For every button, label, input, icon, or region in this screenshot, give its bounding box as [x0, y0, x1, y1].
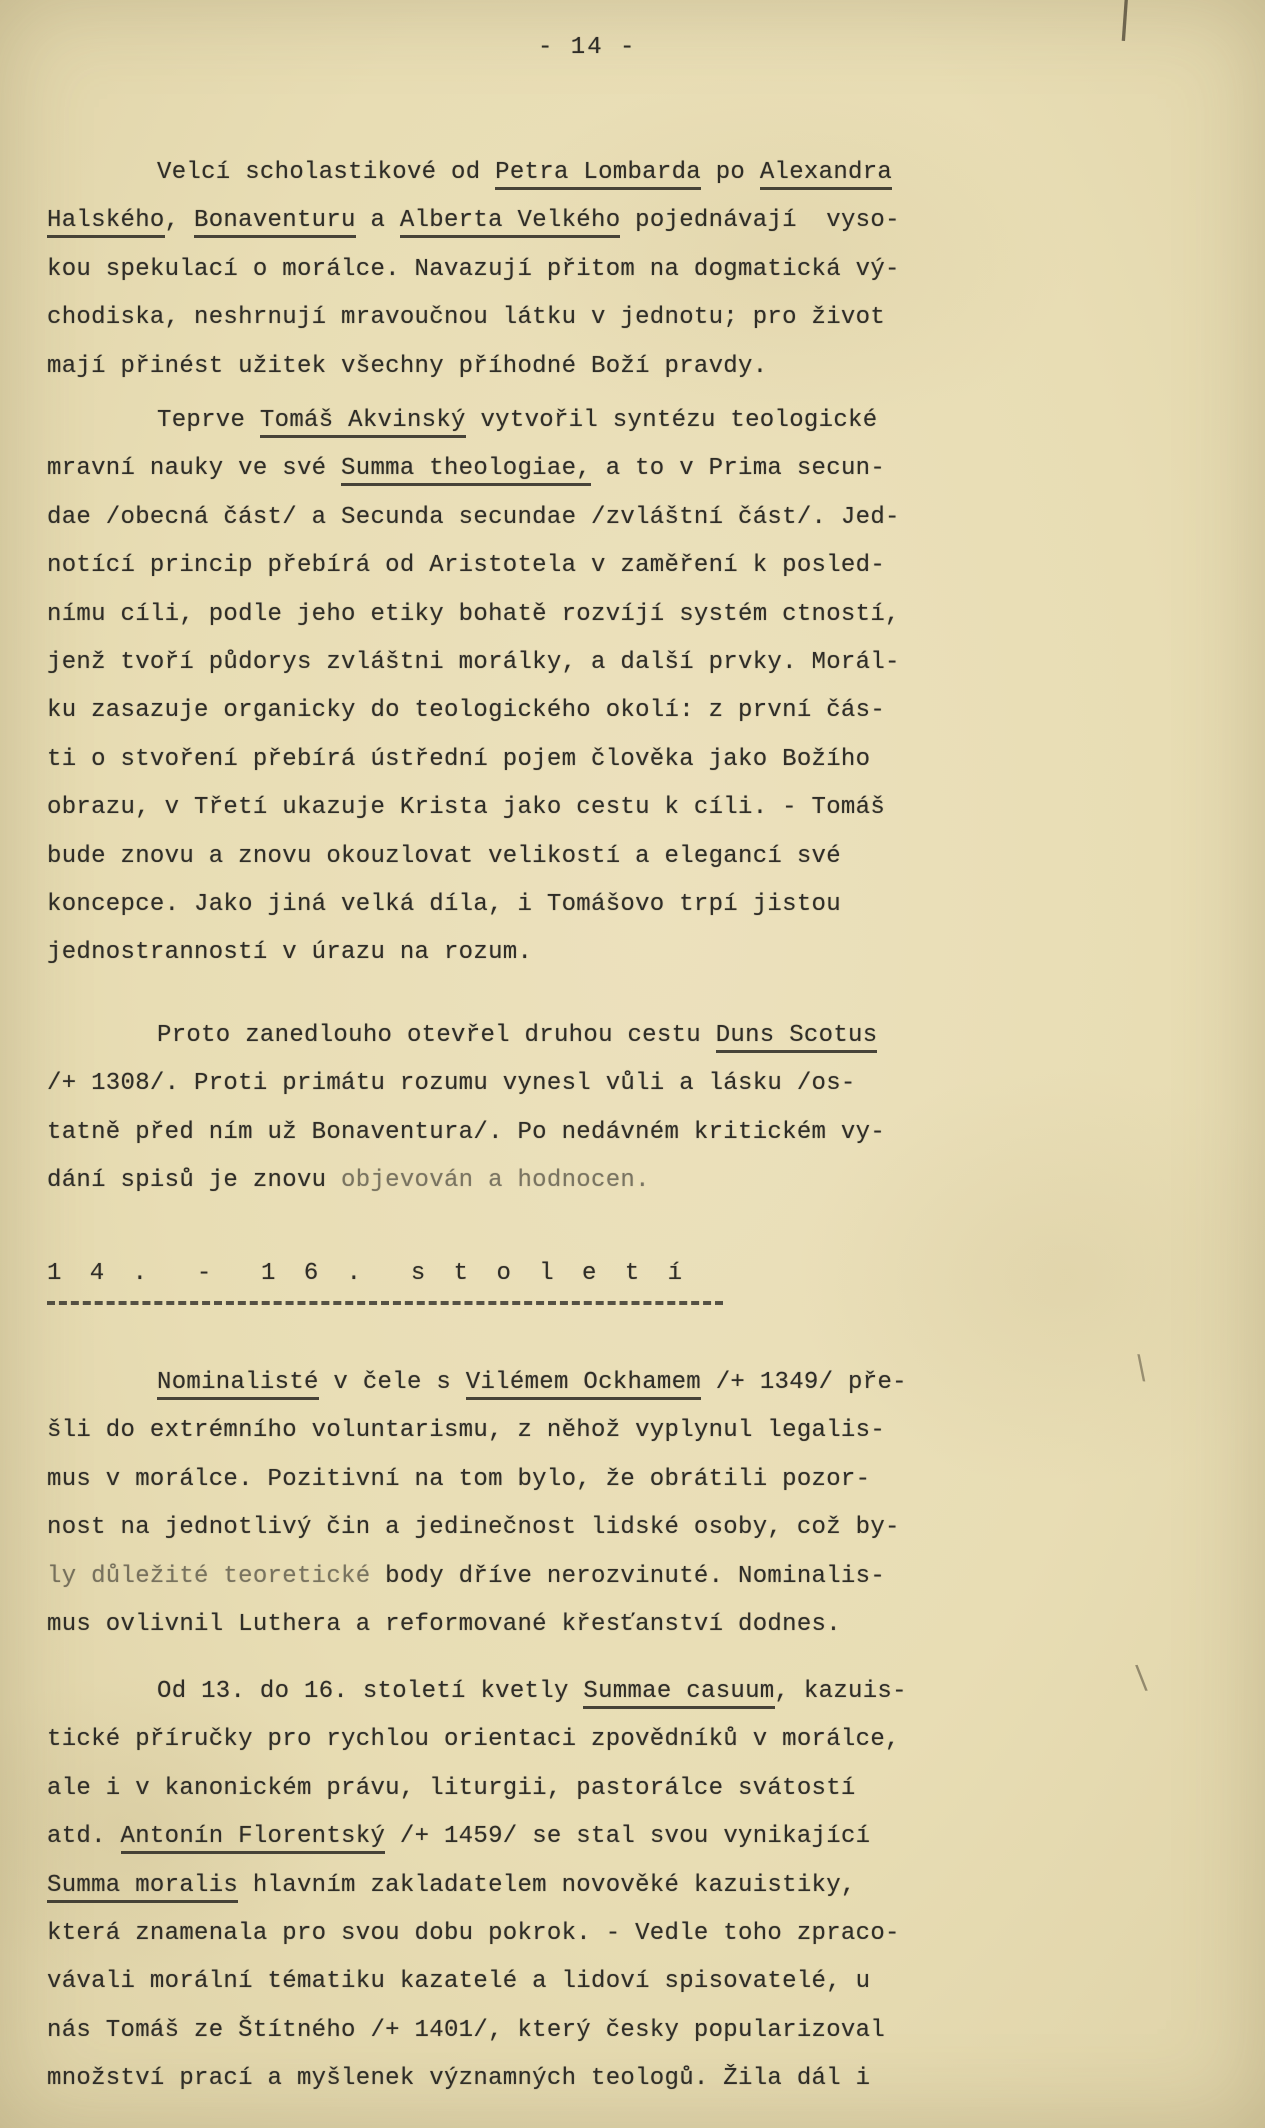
underlined-text: Duns Scotus [716, 1022, 878, 1053]
underlined-text: Petra Lombarda [495, 159, 701, 190]
underlined-text: Tomáš Akvinský [260, 407, 466, 438]
text-run: tatně před ním už Bonaventura/. Po nedáv… [47, 1119, 885, 1146]
text-line: ku zasazuje organicky do teologického ok… [47, 687, 937, 735]
text-run: dae /obecná část/ a Secunda secundae /zv… [47, 504, 900, 531]
text-run: mravní nauky ve své [47, 455, 341, 482]
text-run: ale i v kanonickém právu, liturgii, past… [47, 1775, 856, 1802]
text-line: ti o stvoření přebírá ústřední pojem člo… [47, 736, 937, 784]
text-run: chodiska, neshrnují mravoučnou látku v j… [47, 304, 885, 331]
text-run: body dříve nerozvinuté. Nominalis- [385, 1563, 885, 1590]
text-line: mus ovlivnil Luthera a reformované křesť… [47, 1601, 937, 1649]
text-run: hlavním zakladatelem novověké kazuistiky… [238, 1872, 856, 1899]
paragraph: Nominalisté v čele s Vilémem Ockhamem /+… [47, 1359, 937, 1649]
paragraph: Od 13. do 16. století kvetly Summae casu… [47, 1668, 937, 2104]
text-line: Halského, Bonaventuru a Alberta Velkého … [47, 197, 937, 245]
text-line: Nominalisté v čele s Vilémem Ockhamem /+… [47, 1359, 937, 1407]
text-run: dání spisů je znovu [47, 1167, 341, 1194]
text-run: nás Tomáš ze Štítného /+ 1401/, který če… [47, 2017, 885, 2044]
text-line: Proto zanedlouho otevřel druhou cestu Du… [47, 1012, 937, 1060]
text-line: jednostranností v úrazu na rozum. [47, 929, 937, 977]
text-run: šli do extrémního voluntarismu, z něhož … [47, 1417, 885, 1444]
text-line: která znamenala pro svou dobu pokrok. - … [47, 1910, 937, 1958]
text-run: atd. [47, 1823, 121, 1850]
underlined-text: Bonaventuru [194, 207, 356, 238]
text-line: nímu cíli, podle jeho etiky bohatě rozví… [47, 591, 937, 639]
text-line: bude znovu a znovu okouzlovat velikostí … [47, 833, 937, 881]
text-line: obrazu, v Třetí ukazuje Krista jako cest… [47, 784, 937, 832]
margin-mark: \ [1135, 1658, 1149, 1697]
text-line: tické příručky pro rychlou orientaci zpo… [47, 1716, 937, 1764]
text-line: notící princip přebírá od Aristotela v z… [47, 542, 937, 590]
underlined-text: Alexandra [760, 159, 892, 190]
text-run: Od 13. do 16. století kvetly [157, 1678, 583, 1705]
text-line: mravní nauky ve své Summa theologiae, a … [47, 445, 937, 493]
text-run: která znamenala pro svou dobu pokrok. - … [47, 1920, 900, 1947]
text-run: množství prací a myšlenek významných teo… [47, 2065, 870, 2092]
underlined-text: Vilémem Ockhamem [466, 1369, 701, 1400]
text-line: jenž tvoří půdorys zvláštni morálky, a d… [47, 639, 937, 687]
text-line: chodiska, neshrnují mravoučnou látku v j… [47, 294, 937, 342]
underlined-text: Summae casuum [583, 1678, 774, 1709]
margin-mark: | [1116, 0, 1134, 41]
text-run: v čele s [319, 1369, 466, 1396]
text-line: /+ 1308/. Proti primátu rozumu vynesl vů… [47, 1060, 937, 1108]
text-line: nost na jednotlivý čin a jedinečnost lid… [47, 1504, 937, 1552]
text-line: nás Tomáš ze Štítného /+ 1401/, který če… [47, 2007, 937, 2055]
text-run: ti o stvoření přebírá ústřední pojem člo… [47, 746, 870, 773]
text-run: nímu cíli, podle jeho etiky bohatě rozví… [47, 601, 900, 628]
text-line: Velcí scholastikové od Petra Lombarda po… [47, 149, 937, 197]
text-run: /+ 1349/ pře- [701, 1369, 907, 1396]
underlined-text: Nominalisté [157, 1369, 319, 1400]
text-line: množství prací a myšlenek významných teo… [47, 2055, 937, 2103]
text-run: objevován a hodnocen. [341, 1167, 650, 1194]
document-page: - 14 - Velcí scholastikové od Petra Lomb… [0, 0, 1265, 2128]
text-run: ly důležité teoretické [47, 1563, 385, 1590]
text-run: a [356, 207, 400, 234]
text-run: vytvořil syntézu teologické [466, 407, 878, 434]
text-line: ale i v kanonickém právu, liturgii, past… [47, 1765, 937, 1813]
text-run: jenž tvoří půdorys zvláštni morálky, a d… [47, 649, 900, 676]
section-heading-text: 1 4 . - 1 6 . s t o l e t í [47, 1251, 937, 1297]
text-line: dae /obecná část/ a Secunda secundae /zv… [47, 494, 937, 542]
underlined-text: Halského [47, 207, 165, 238]
text-run: /+ 1308/. Proti primátu rozumu vynesl vů… [47, 1070, 856, 1097]
underlined-text: Antonín Florentský [121, 1823, 386, 1854]
text-run: Teprve [157, 407, 260, 434]
text-run: kou spekulací o morálce. Navazují přitom… [47, 256, 900, 283]
heading-underline [47, 1301, 723, 1305]
text-run: Velcí scholastikové od [157, 159, 495, 186]
text-run: a to v Prima secun- [591, 455, 885, 482]
text-run: , [165, 207, 194, 234]
text-line: mají přinést užitek všechny příhodné Bož… [47, 343, 937, 391]
text-line: tatně před ním už Bonaventura/. Po nedáv… [47, 1109, 937, 1157]
text-line: mus v morálce. Pozitivní na tom bylo, že… [47, 1456, 937, 1504]
text-line: vávali morální tématiku kazatelé a lidov… [47, 1958, 937, 2006]
text-line: Od 13. do 16. století kvetly Summae casu… [47, 1668, 937, 1716]
text-run: obrazu, v Třetí ukazuje Krista jako cest… [47, 794, 885, 821]
paragraph: Teprve Tomáš Akvinský vytvořil syntézu t… [47, 397, 937, 978]
text-run: jednostranností v úrazu na rozum. [47, 939, 532, 966]
text-run: pojednávají vyso- [620, 207, 899, 234]
text-line: kou spekulací o morálce. Navazují přitom… [47, 246, 937, 294]
section-heading: 1 4 . - 1 6 . s t o l e t í [47, 1251, 937, 1305]
margin-mark: \ [1134, 1348, 1149, 1387]
text-run: nost na jednotlivý čin a jedinečnost lid… [47, 1514, 900, 1541]
underlined-text: Alberta Velkého [400, 207, 621, 238]
paragraph: Velcí scholastikové od Petra Lombarda po… [47, 149, 937, 391]
text-run: ku zasazuje organicky do teologického ok… [47, 697, 885, 724]
text-run: Proto zanedlouho otevřel druhou cestu [157, 1022, 716, 1049]
text-line: ly důležité teoretické body dříve nerozv… [47, 1553, 937, 1601]
text-line: Summa moralis hlavním zakladatelem novov… [47, 1862, 937, 1910]
text-run: , kazuis- [775, 1678, 907, 1705]
underlined-text: Summa theologiae, [341, 455, 591, 486]
text-line: dání spisů je znovu objevován a hodnocen… [47, 1157, 937, 1205]
text-line: atd. Antonín Florentský /+ 1459/ se stal… [47, 1813, 937, 1861]
text-line: šli do extrémního voluntarismu, z něhož … [47, 1407, 937, 1455]
text-run: bude znovu a znovu okouzlovat velikostí … [47, 843, 841, 870]
paragraph: Proto zanedlouho otevřel druhou cestu Du… [47, 1012, 937, 1206]
underlined-text: Summa moralis [47, 1872, 238, 1903]
text-run: mají přinést užitek všechny příhodné Bož… [47, 353, 767, 380]
text-run: mus v morálce. Pozitivní na tom bylo, že… [47, 1466, 870, 1493]
text-run: /+ 1459/ se stal svou vynikající [385, 1823, 870, 1850]
text-run: notící princip přebírá od Aristotela v z… [47, 552, 885, 579]
text-run: vávali morální tématiku kazatelé a lidov… [47, 1968, 870, 1995]
text-run: koncepce. Jako jiná velká díla, i Tomášo… [47, 891, 841, 918]
page-number: - 14 - [538, 34, 636, 61]
text-run: mus ovlivnil Luthera a reformované křesť… [47, 1611, 841, 1638]
text-line: koncepce. Jako jiná velká díla, i Tomášo… [47, 881, 937, 929]
text-line: Teprve Tomáš Akvinský vytvořil syntézu t… [47, 397, 937, 445]
text-run: po [701, 159, 760, 186]
text-run: tické příručky pro rychlou orientaci zpo… [47, 1726, 900, 1753]
